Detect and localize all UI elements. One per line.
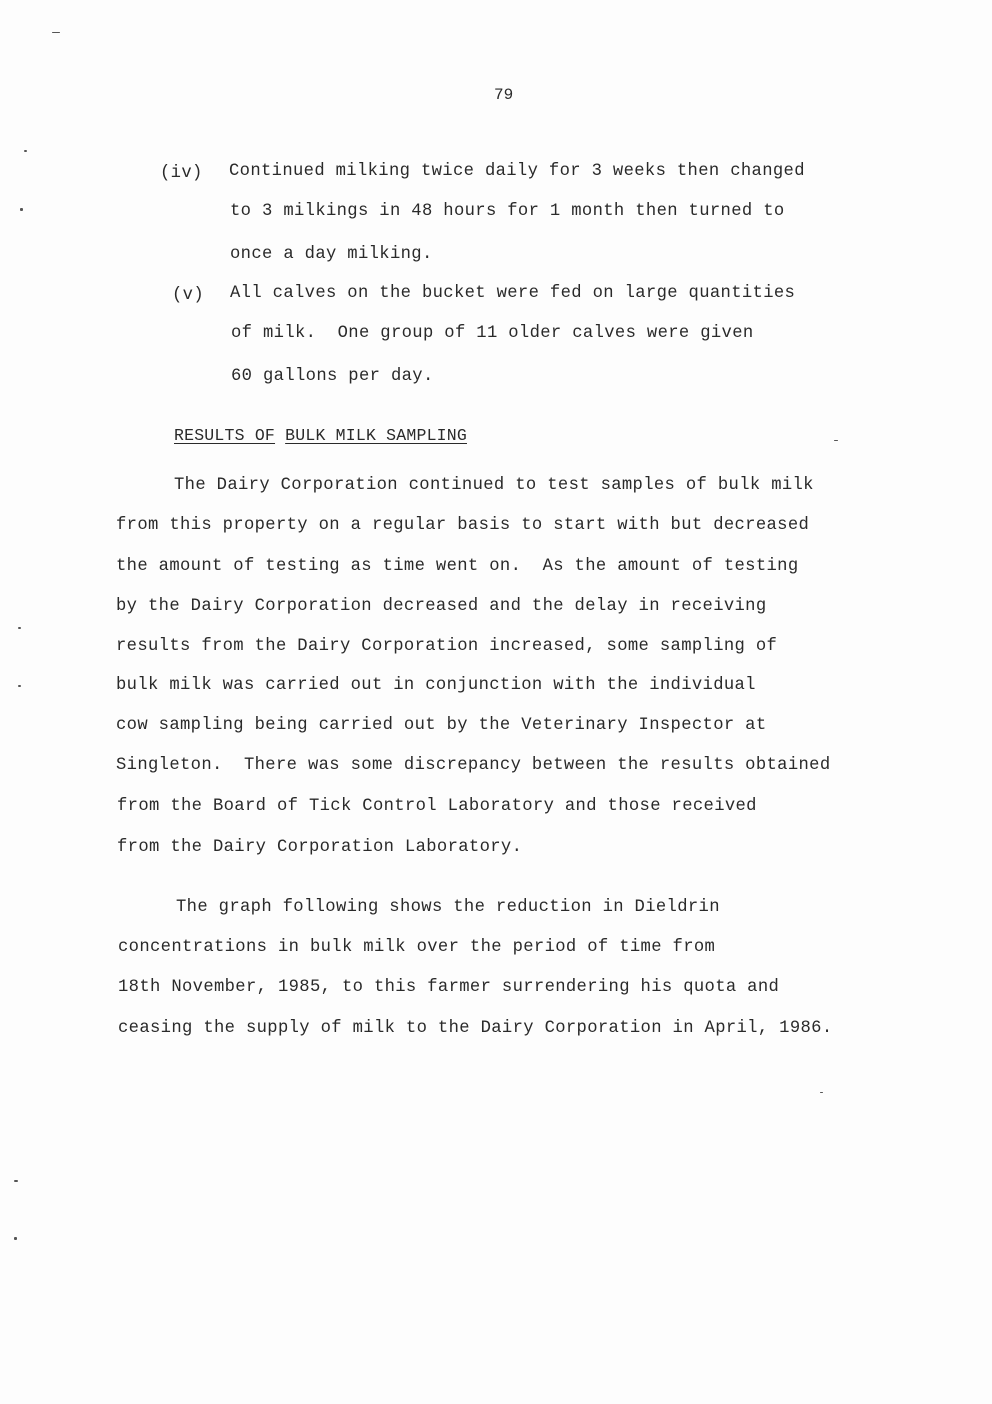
- paragraph-line: concentrations in bulk milk over the per…: [118, 938, 715, 957]
- section-heading-part2: BULK MILK SAMPLING: [285, 426, 467, 445]
- paragraph-line: results from the Dairy Corporation incre…: [116, 637, 777, 656]
- scan-speck: [18, 627, 21, 629]
- paragraph-line: 18th November, 1985, to this farmer surr…: [118, 978, 779, 997]
- scan-speck: [52, 32, 60, 33]
- list-item-line: once a day milking.: [230, 245, 433, 264]
- paragraph-line: cow sampling being carried out by the Ve…: [116, 716, 767, 735]
- section-heading-part1: RESULTS OF: [174, 426, 275, 445]
- paragraph-line: from the Dairy Corporation Laboratory.: [117, 838, 522, 857]
- scan-speck: [24, 150, 27, 152]
- scan-speck: [834, 440, 838, 441]
- scan-speck: [14, 1237, 17, 1240]
- section-heading: RESULTS OF BULK MILK SAMPLING: [174, 426, 467, 445]
- list-item-line: 60 gallons per day.: [231, 367, 434, 386]
- paragraph-line: bulk milk was carried out in conjunction…: [116, 676, 756, 695]
- paragraph-line: by the Dairy Corporation decreased and t…: [116, 597, 767, 616]
- list-item-label: (v): [172, 286, 204, 305]
- list-item-label: (iv): [160, 164, 203, 183]
- paragraph-line: ceasing the supply of milk to the Dairy …: [118, 1019, 833, 1038]
- paragraph-line: from this property on a regular basis to…: [116, 516, 809, 535]
- scan-speck: [14, 1180, 18, 1182]
- paragraph-line: The graph following shows the reduction …: [176, 898, 720, 917]
- scan-speck: [820, 1092, 823, 1093]
- paragraph-line: The Dairy Corporation continued to test …: [174, 476, 814, 495]
- list-item-line: All calves on the bucket were fed on lar…: [230, 284, 795, 303]
- paragraph-line: the amount of testing as time went on. A…: [116, 557, 799, 576]
- list-item-line: Continued milking twice daily for 3 week…: [229, 162, 805, 181]
- list-item-line: of milk. One group of 11 older calves we…: [231, 324, 754, 343]
- paragraph-line: from the Board of Tick Control Laborator…: [117, 797, 757, 816]
- page-number: 79: [494, 86, 513, 104]
- scan-speck: [18, 685, 21, 687]
- list-item-line: to 3 milkings in 48 hours for 1 month th…: [230, 202, 785, 221]
- scan-speck: [20, 208, 23, 211]
- paragraph-line: Singleton. There was some discrepancy be…: [116, 756, 831, 775]
